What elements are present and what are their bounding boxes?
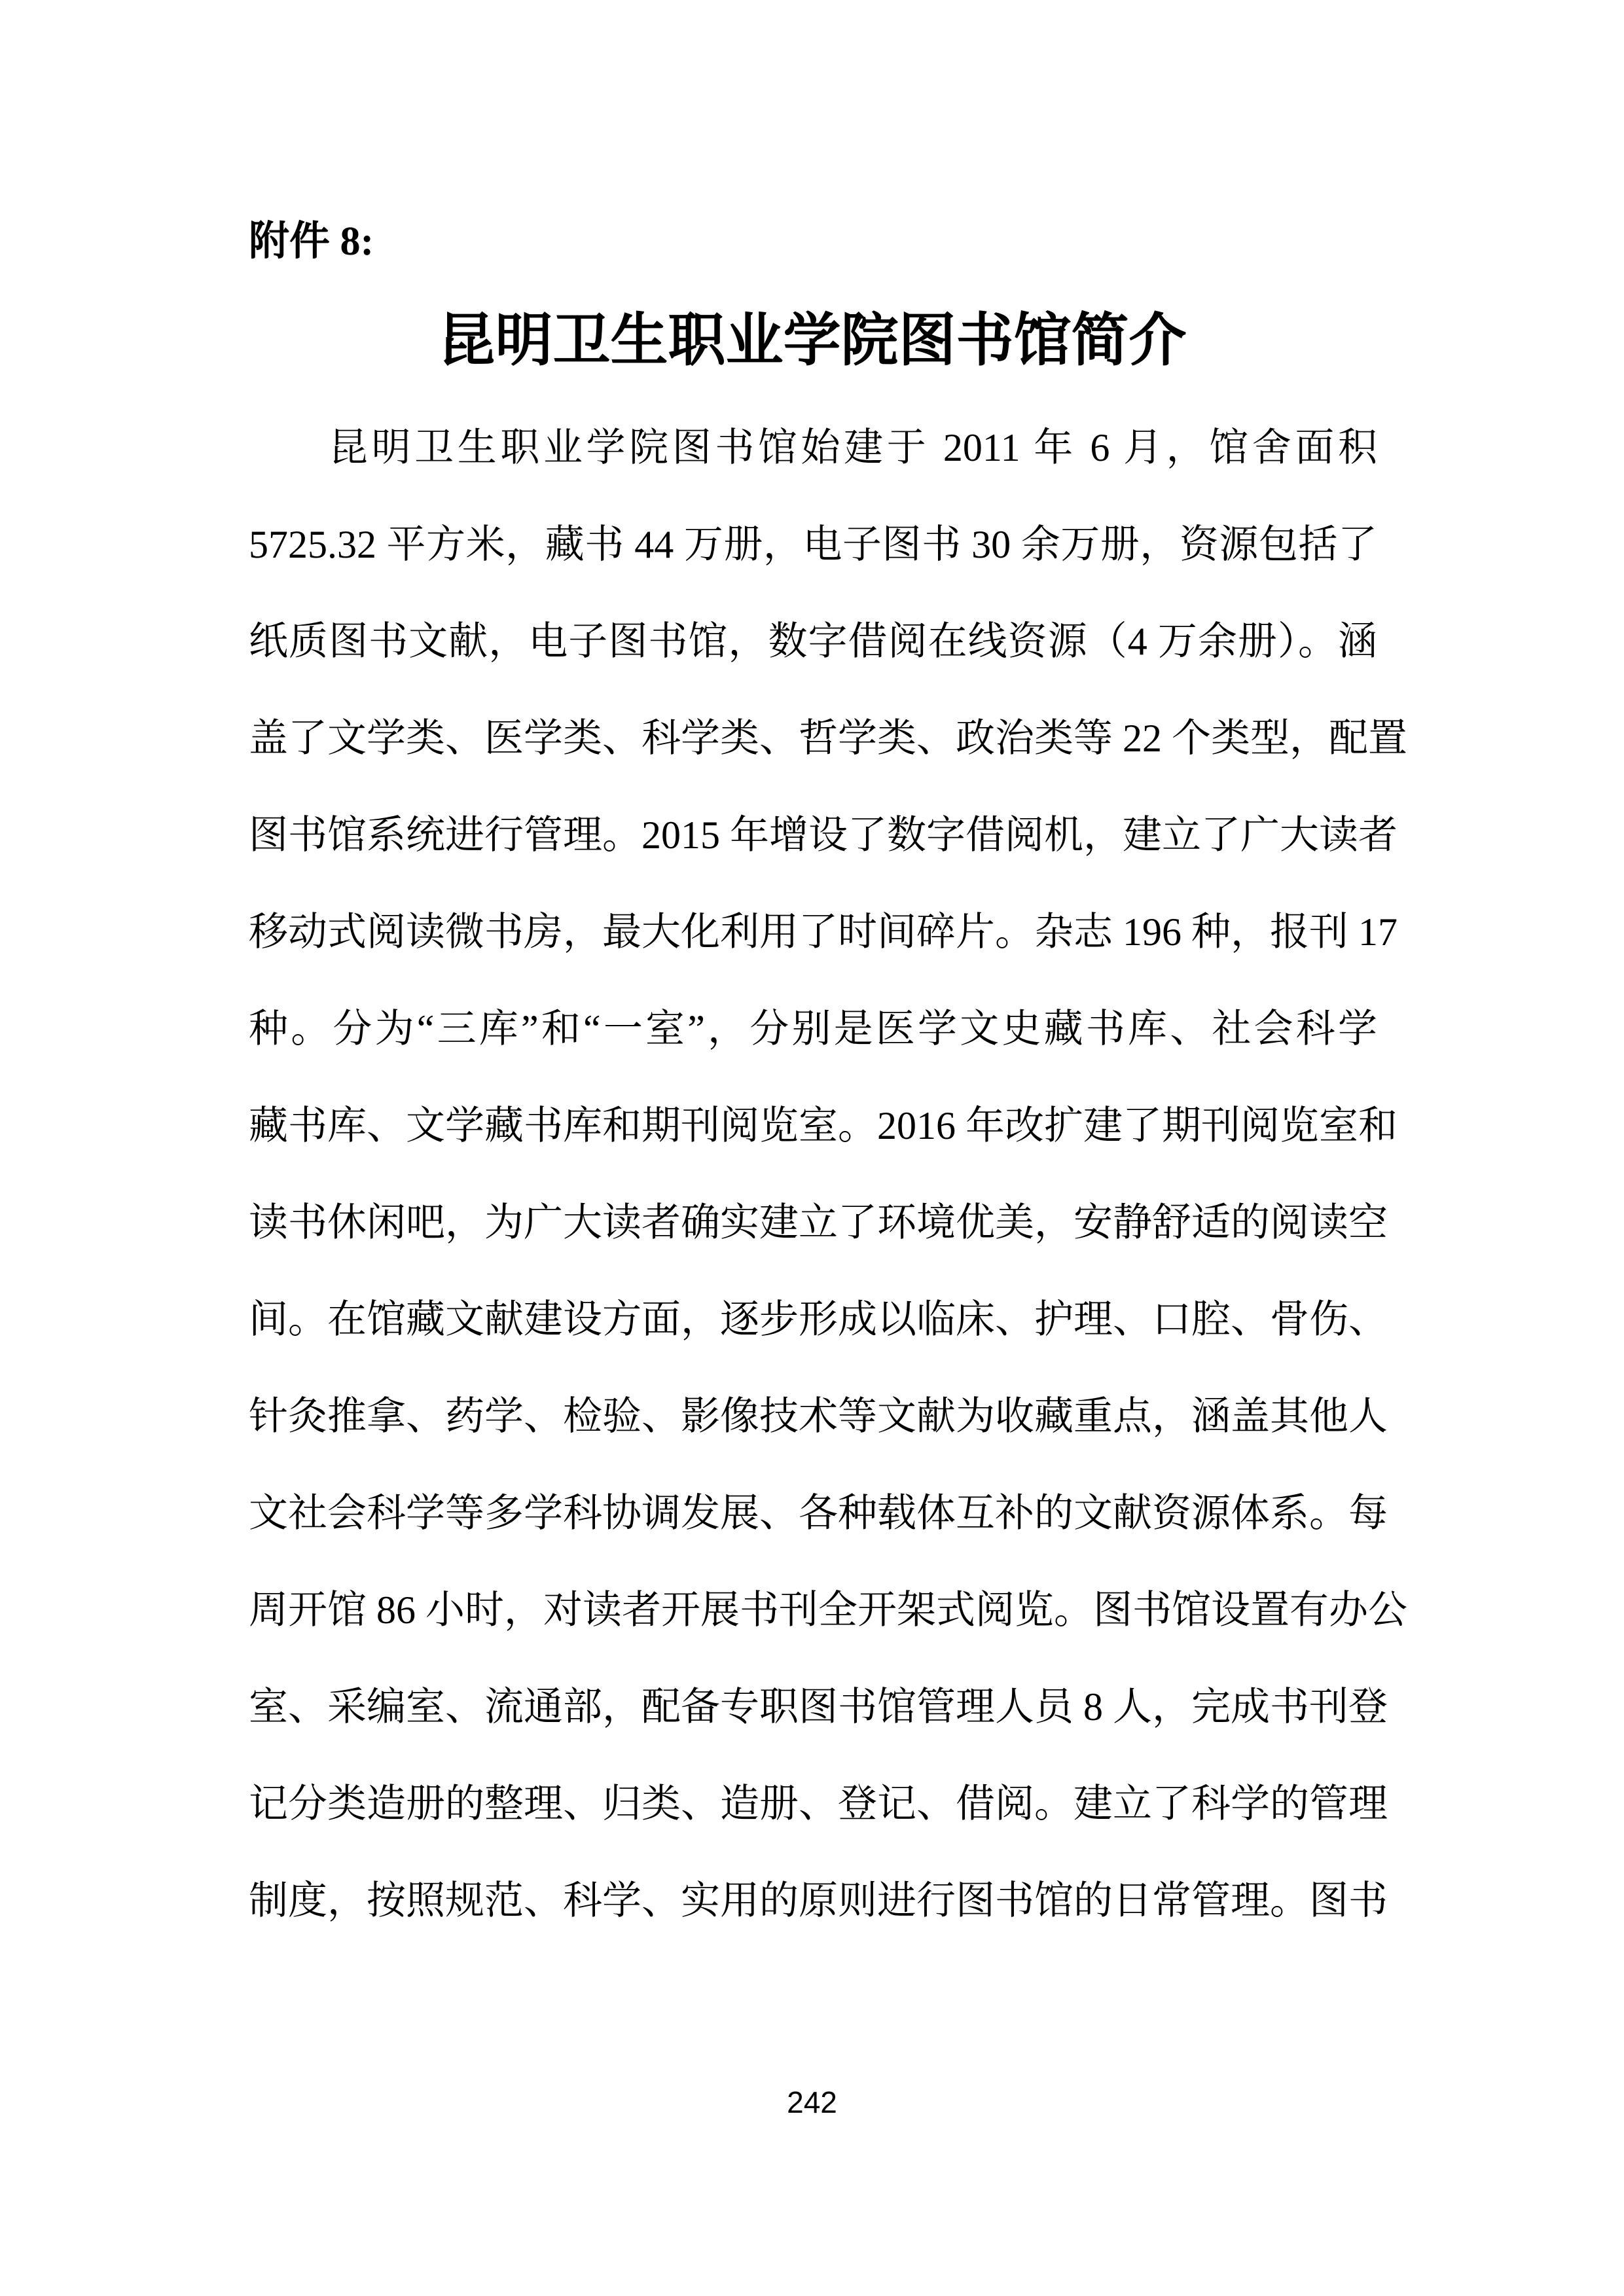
page-number: 242 <box>0 2083 1624 2122</box>
body-line: 读书休闲吧，为广大读者确实建立了环境优美，安静舒适的阅读空 <box>249 1174 1377 1271</box>
body-paragraph: 昆明卫生职业学院图书馆始建于 2011 年 6 月，馆舍面积5725.32 平方… <box>249 399 1377 1949</box>
body-line: 盖了文学类、医学类、科学类、哲学类、政治类等 22 个类型，配置 <box>249 690 1377 787</box>
body-line: 5725.32 平方米，藏书 44 万册，电子图书 30 余万册，资源包括了 <box>249 496 1377 593</box>
body-line: 制度，按照规范、科学、实用的原则进行图书馆的日常管理。图书 <box>249 1852 1377 1949</box>
body-line: 图书馆系统进行管理。2015 年增设了数字借阅机，建立了广大读者 <box>249 787 1377 884</box>
body-line: 间。在馆藏文献建设方面，逐步形成以临床、护理、口腔、骨伤、 <box>249 1271 1377 1368</box>
body-line: 纸质图书文献，电子图书馆，数字借阅在线资源（4 万余册）。涵 <box>249 593 1377 690</box>
body-line: 藏书库、文学藏书库和期刊阅览室。2016 年改扩建了期刊阅览室和 <box>249 1077 1377 1174</box>
body-line: 移动式阅读微书房，最大化利用了时间碎片。杂志 196 种，报刊 17 <box>249 884 1377 980</box>
body-line: 针灸推拿、药学、检验、影像技术等文献为收藏重点，涵盖其他人 <box>249 1368 1377 1465</box>
attachment-label: 附件 8: <box>249 220 374 263</box>
page-title: 昆明卫生职业学院图书馆简介 <box>0 310 1624 373</box>
document-page: 附件 8: 昆明卫生职业学院图书馆简介 昆明卫生职业学院图书馆始建于 2011 … <box>0 0 1624 2296</box>
body-line: 文社会科学等多学科协调发展、各种载体互补的文献资源体系。每 <box>249 1465 1377 1562</box>
body-line: 昆明卫生职业学院图书馆始建于 2011 年 6 月，馆舍面积 <box>249 399 1377 496</box>
body-line: 周开馆 86 小时，对读者开展书刊全开架式阅览。图书馆设置有办公 <box>249 1562 1377 1659</box>
body-line: 室、采编室、流通部，配备专职图书馆管理人员 8 人，完成书刊登 <box>249 1659 1377 1755</box>
body-line: 记分类造册的整理、归类、造册、登记、借阅。建立了科学的管理 <box>249 1755 1377 1852</box>
body-line: 种。分为“三库”和“一室”，分别是医学文史藏书库、社会科学 <box>249 980 1377 1077</box>
